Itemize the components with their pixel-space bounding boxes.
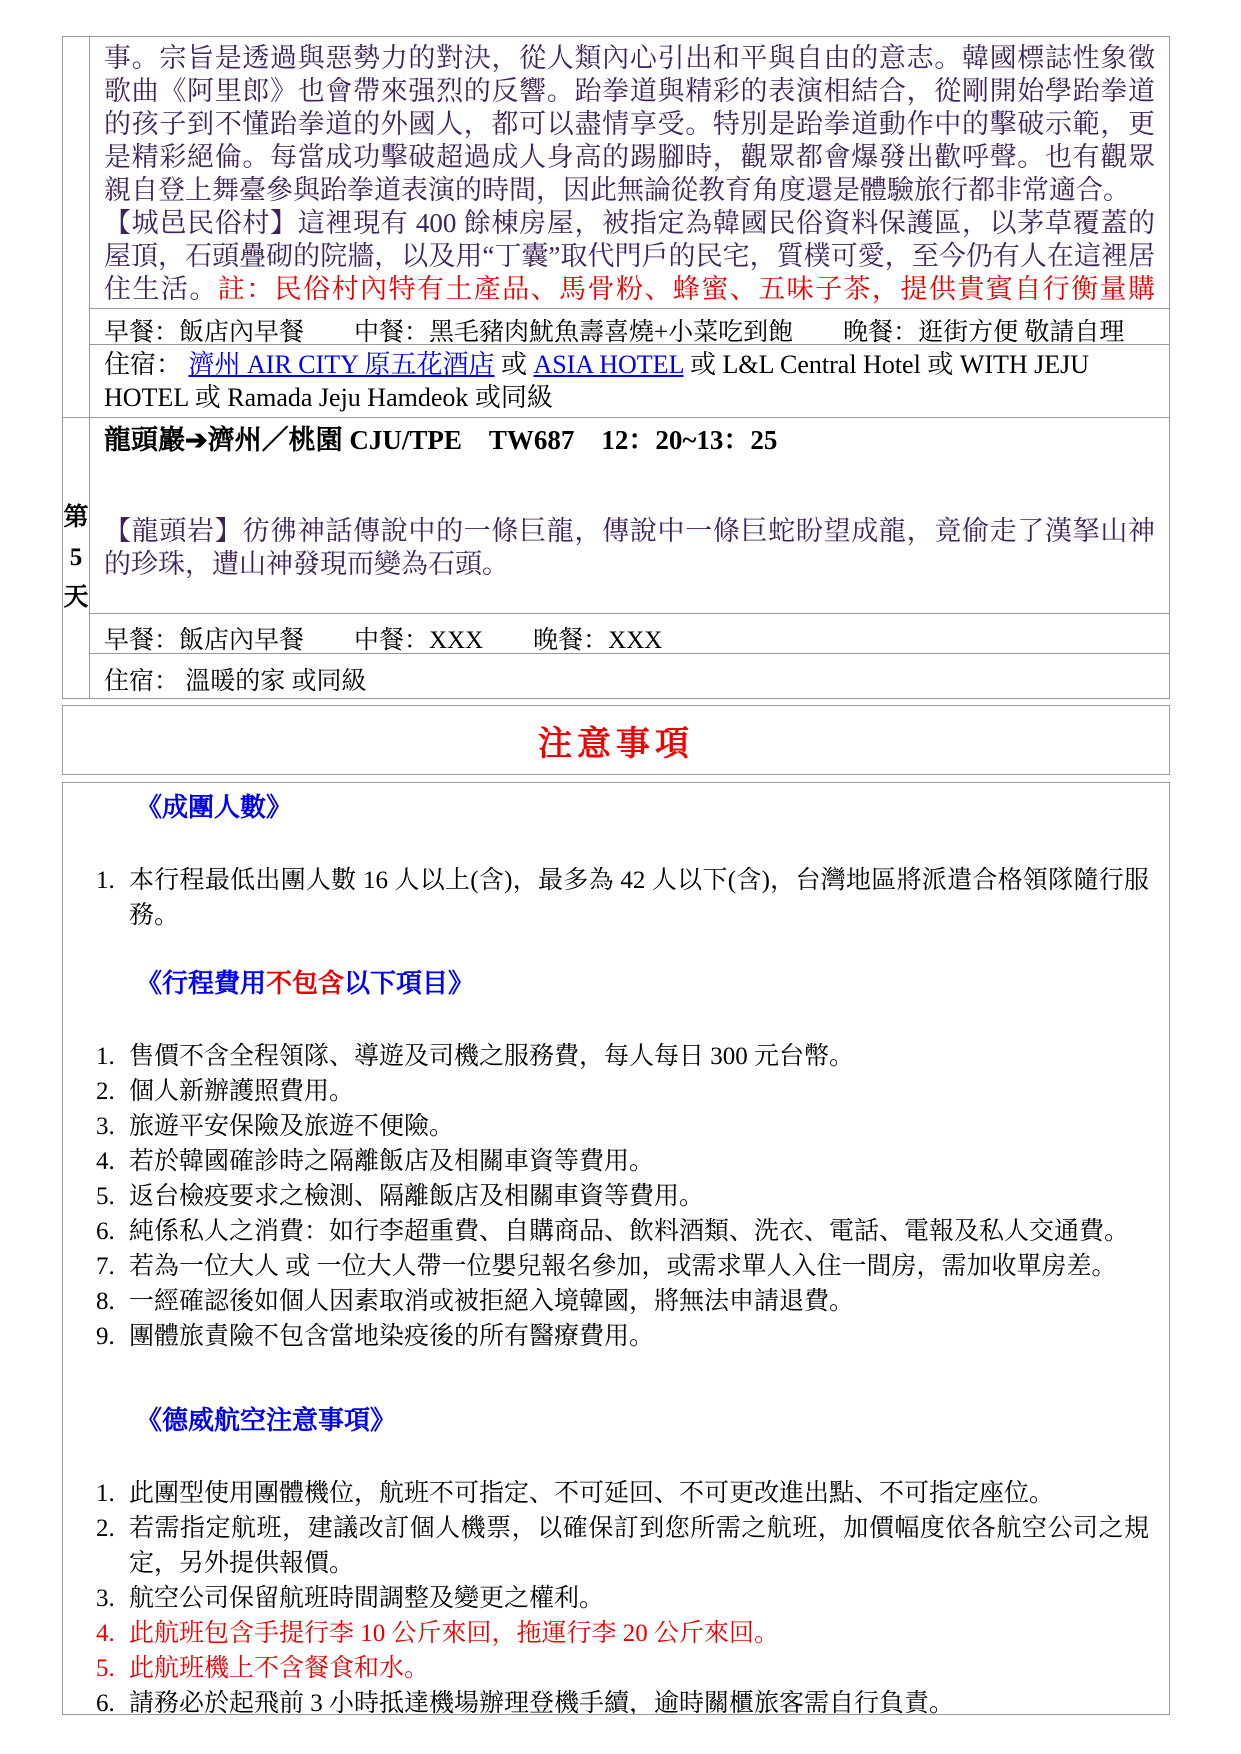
item-number: 1. xyxy=(96,1476,129,1511)
item-number: 5. xyxy=(96,1179,129,1214)
itinerary-table: 事。宗旨是透過與惡勢力的對決，從人類內心引出和平與自由的意志。韓國標誌性象徵歌曲… xyxy=(62,36,1170,699)
day4-meals-row: 早餐：飯店內早餐 中餐：黑毛豬肉魷魚壽喜燒+小菜吃到飽 晚餐：逛街方便 敬請自理 xyxy=(90,309,1169,345)
item-number: 1. xyxy=(96,863,129,933)
day4-content: 事。宗旨是透過與惡勢力的對決，從人類內心引出和平與自由的意志。韓國標誌性象徵歌曲… xyxy=(90,37,1169,417)
notice-title: 注意事項 xyxy=(538,716,694,765)
item-text: 此航班包含手提行李 10 公斤來回，拖運行李 20 公斤來回。 xyxy=(129,1616,1149,1651)
hotel-link-asia[interactable]: ASIA HOTEL xyxy=(534,350,684,379)
note-item: 2.個人新辦護照費用。 xyxy=(96,1074,1149,1109)
hotel-label: 住宿： xyxy=(104,350,182,379)
item-text: 此航班機上不含餐食和水。 xyxy=(129,1651,1149,1686)
day5-hotel-text: 住宿： 溫暖的家 或同級 xyxy=(104,668,367,695)
note-item-baggage-red: 4.此航班包含手提行李 10 公斤來回，拖運行李 20 公斤來回。 xyxy=(96,1616,1149,1651)
item-text: 售價不含全程領隊、導遊及司機之服務費，每人每日 300 元台幣。 xyxy=(129,1039,1149,1074)
day5-meals-text: 早餐：飯店內早餐 中餐：XXX 晚餐：XXX xyxy=(104,627,662,654)
note-item: 9.團體旅責險不包含當地染疫後的所有醫療費用。 xyxy=(96,1319,1149,1354)
day4-label-cell xyxy=(63,37,90,417)
day4-description-cell: 事。宗旨是透過與惡勢力的對決，從人類內心引出和平與自由的意志。韓國標誌性象徵歌曲… xyxy=(90,37,1169,309)
day5-label-char1: 第 xyxy=(63,498,88,538)
notice-title-box: 注意事項 xyxy=(62,705,1170,775)
item-number: 1. xyxy=(96,1039,129,1074)
note-item: 6.請務必於起飛前 3 小時抵達機場辦理登機手續，逾時關櫃旅客需自行負責。 xyxy=(96,1686,1149,1715)
section-heading-tway-air: 《德威航空注意事項》 xyxy=(136,1406,1149,1436)
day4-description-text: 事。宗旨是透過與惡勢力的對決，從人類內心引出和平與自由的意志。韓國標誌性象徵歌曲… xyxy=(104,42,1155,207)
note-item: 1.售價不含全程領隊、導遊及司機之服務費，每人每日 300 元台幣。 xyxy=(96,1039,1149,1074)
day5-description-cell: 龍頭巖➔濟州／桃園 CJU/TPE TW687 12：20~13：25 【龍頭岩… xyxy=(90,418,1169,614)
item-text: 個人新辦護照費用。 xyxy=(129,1074,1149,1109)
note-item: 8.一經確認後如個人因素取消或被拒絕入境韓國，將無法申請退費。 xyxy=(96,1284,1149,1319)
item-number: 2. xyxy=(96,1074,129,1109)
item-number: 9. xyxy=(96,1319,129,1354)
note-item: 1.此團型使用團體機位，航班不可指定、不可延回、不可更改進出點、不可指定座位。 xyxy=(96,1476,1149,1511)
item-text: 一經確認後如個人因素取消或被拒絕入境韓國，將無法申請退費。 xyxy=(129,1284,1149,1319)
heading-text: 以下項目》 xyxy=(344,969,474,998)
item-text: 請務必於起飛前 3 小時抵達機場辦理登機手續，逾時關櫃旅客需自行負責。 xyxy=(129,1686,1149,1715)
item-text: 返台檢疫要求之檢測、隔離飯店及相關車資等費用。 xyxy=(129,1179,1149,1214)
hotel-or: 或 xyxy=(495,350,534,379)
item-text: 若於韓國確診時之隔離飯店及相關車資等費用。 xyxy=(129,1144,1149,1179)
section-heading-group-size: 《成團人數》 xyxy=(136,793,1149,823)
note-item: 7.若為一位大人 或 一位大人帶一位嬰兒報名參加，或需求單人入住一間房，需加收單… xyxy=(96,1249,1149,1284)
day4-hotel-row: 住宿： 濟州 AIR CITY 原五花酒店 或 ASIA HOTEL 或 L&L… xyxy=(90,345,1169,417)
heading-red-text: 不包含 xyxy=(266,969,344,998)
day4-sight-note: 註：民俗村內特有土產品、馬骨粉、蜂蜜、五味子茶，提供貴賓自行衡量購買。 xyxy=(104,274,1155,309)
item-number: 6. xyxy=(96,1214,129,1249)
heading-text: 《行程費用 xyxy=(136,969,266,998)
day5-block: 第 5 天 龍頭巖➔濟州／桃園 CJU/TPE TW687 12：20~13：2… xyxy=(63,418,1169,699)
item-number: 8. xyxy=(96,1284,129,1319)
item-text: 若需指定航班，建議改訂個人機票，以確保訂到您所需之航班，加價幅度依各航空公司之規… xyxy=(129,1511,1149,1581)
item-number: 5. xyxy=(96,1651,129,1686)
item-text: 此團型使用團體機位，航班不可指定、不可延回、不可更改進出點、不可指定座位。 xyxy=(129,1476,1149,1511)
hotel-link-aircity[interactable]: 濟州 AIR CITY 原五花酒店 xyxy=(189,350,495,379)
item-number: 3. xyxy=(96,1581,129,1616)
day5-label-char2: 5 xyxy=(70,538,83,578)
item-text: 團體旅責險不包含當地染疫後的所有醫療費用。 xyxy=(129,1319,1149,1354)
section-heading-fees-excluded: 《行程費用不包含以下項目》 xyxy=(136,969,1149,999)
day5-meals-row: 早餐：飯店內早餐 中餐：XXX 晚餐：XXX xyxy=(90,614,1169,654)
note-item-no-meal-red: 5.此航班機上不含餐食和水。 xyxy=(96,1651,1149,1686)
day5-label-cell: 第 5 天 xyxy=(63,418,90,698)
item-number: 4. xyxy=(96,1144,129,1179)
notice-body-box: 《成團人數》 1. 本行程最低出團人數 16 人以上(含)，最多為 42 人以下… xyxy=(62,782,1170,1715)
item-number: 4. xyxy=(96,1616,129,1651)
item-text: 若為一位大人 或 一位大人帶一位嬰兒報名參加，或需求單人入住一間房，需加收單房差… xyxy=(129,1249,1149,1284)
note-item: 2.若需指定航班，建議改訂個人機票，以確保訂到您所需之航班，加價幅度依各航空公司… xyxy=(96,1511,1149,1581)
note-item: 4.若於韓國確診時之隔離飯店及相關車資等費用。 xyxy=(96,1144,1149,1179)
note-item: 6.純係私人之消費：如行李超重費、自購商品、飲料酒類、洗衣、電話、電報及私人交通… xyxy=(96,1214,1149,1249)
item-text: 航空公司保留航班時間調整及變更之權利。 xyxy=(129,1581,1149,1616)
day5-flight-header: 龍頭巖➔濟州／桃園 CJU/TPE TW687 12：20~13：25 xyxy=(104,424,1155,457)
note-item: 3.旅遊平安保險及旅遊不便險。 xyxy=(96,1109,1149,1144)
note-item: 1. 本行程最低出團人數 16 人以上(含)，最多為 42 人以下(含)，台灣地… xyxy=(96,863,1149,933)
day4-block: 事。宗旨是透過與惡勢力的對決，從人類內心引出和平與自由的意志。韓國標誌性象徵歌曲… xyxy=(63,37,1169,418)
heading-text: 《成團人數》 xyxy=(136,793,292,822)
item-text: 旅遊平安保險及旅遊不便險。 xyxy=(129,1109,1149,1144)
item-number: 7. xyxy=(96,1249,129,1284)
item-text: 本行程最低出團人數 16 人以上(含)，最多為 42 人以下(含)，台灣地區將派… xyxy=(129,863,1149,933)
item-number: 6. xyxy=(96,1686,129,1715)
note-item: 5.返台檢疫要求之檢測、隔離飯店及相關車資等費用。 xyxy=(96,1179,1149,1214)
note-item: 3.航空公司保留航班時間調整及變更之權利。 xyxy=(96,1581,1149,1616)
day4-sight-paragraph: 【城邑民俗村】這裡現有 400 餘棟房屋，被指定為韓國民俗資料保護區，以茅草覆蓋… xyxy=(104,207,1155,309)
item-number: 3. xyxy=(96,1109,129,1144)
day5-description-text: 【龍頭岩】彷彿神話傳說中的一條巨龍，傳說中一條巨蛇盼望成龍，竟偷走了漢拏山神的珍… xyxy=(104,515,1155,581)
day5-label-char3: 天 xyxy=(63,578,88,618)
item-number: 2. xyxy=(96,1511,129,1581)
day5-hotel-row: 住宿： 溫暖的家 或同級 xyxy=(90,654,1169,698)
heading-text: 《德威航空注意事項》 xyxy=(136,1406,396,1435)
item-text: 純係私人之消費：如行李超重費、自購商品、飲料酒類、洗衣、電話、電報及私人交通費。 xyxy=(129,1214,1149,1249)
day4-meals-text: 早餐：飯店內早餐 中餐：黑毛豬肉魷魚壽喜燒+小菜吃到飽 晚餐：逛街方便 敬請自理 xyxy=(104,319,1124,345)
day5-content: 龍頭巖➔濟州／桃園 CJU/TPE TW687 12：20~13：25 【龍頭岩… xyxy=(90,418,1169,698)
